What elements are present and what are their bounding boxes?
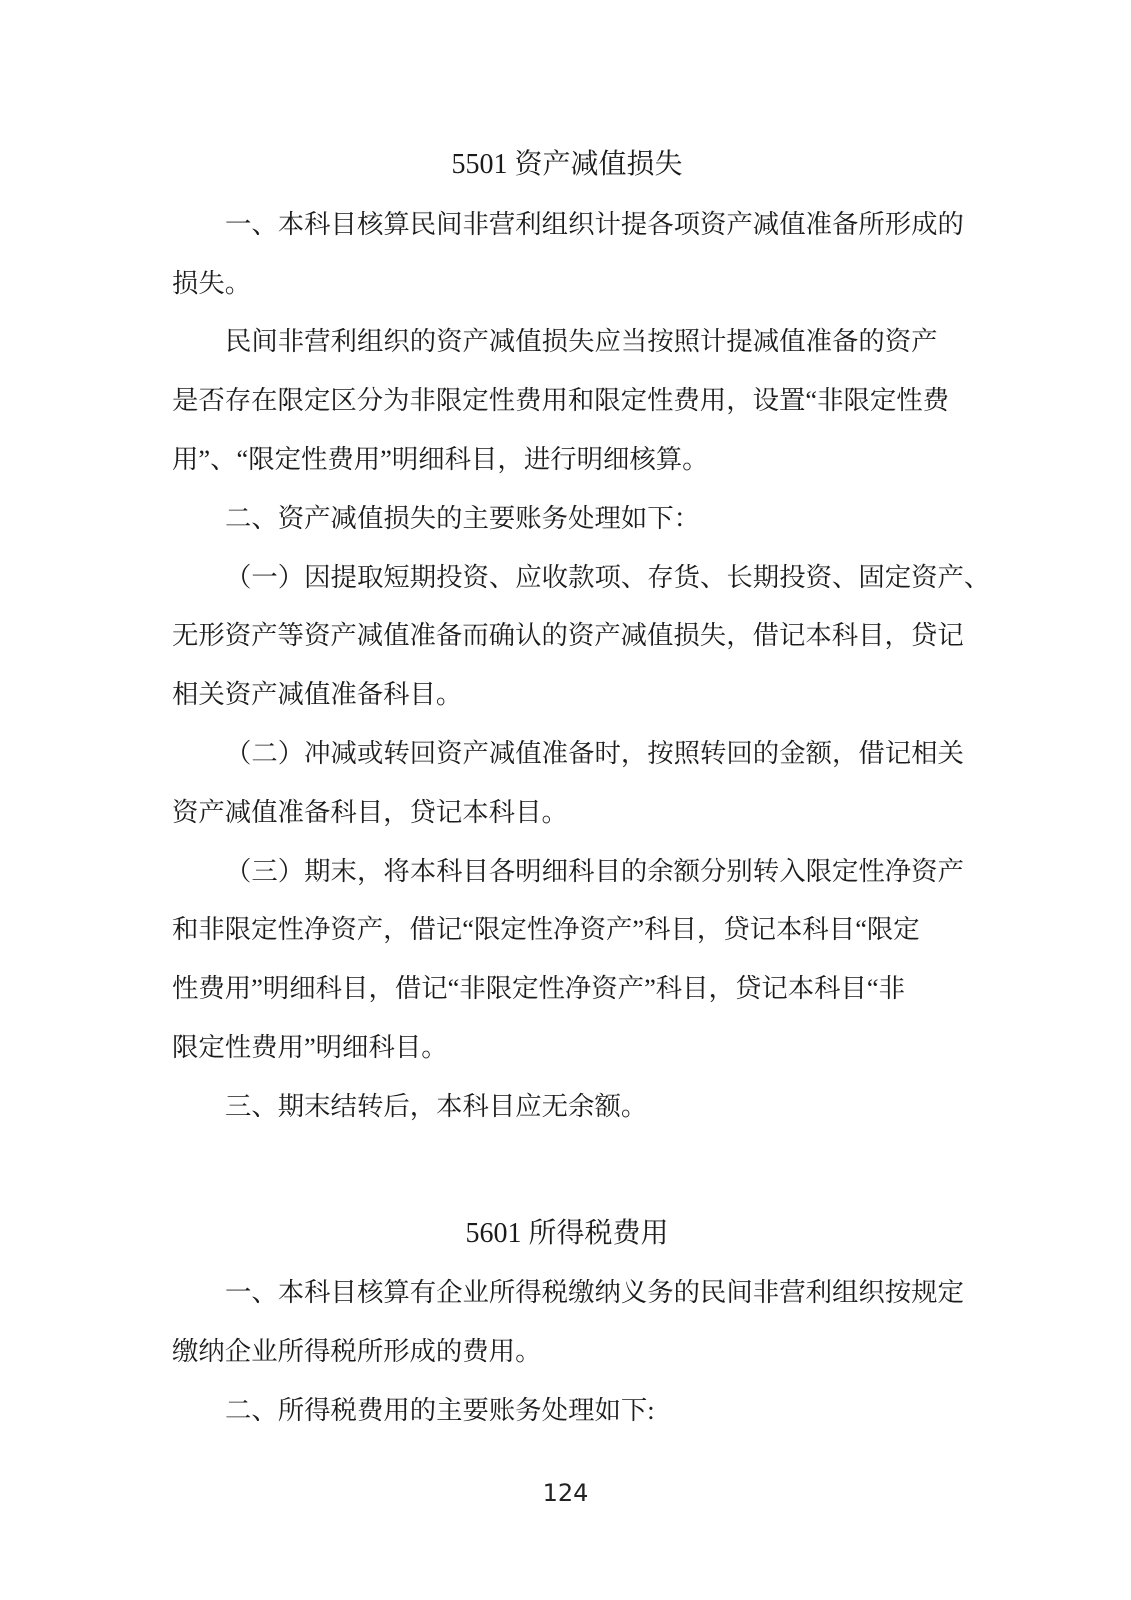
paragraph-line: 二、资产减值损失的主要账务处理如下： [172, 489, 962, 548]
paragraph-line: 三、期末结转后，本科目应无余额。 [172, 1077, 962, 1136]
paragraph-line: 资产减值准备科目，贷记本科目。 [172, 783, 962, 842]
paragraph-line: 是否存在限定区分为非限定性费用和限定性费用，设置“非限定性费 [172, 371, 962, 430]
paragraph-line: 用”、“限定性费用”明细科目，进行明细核算。 [172, 430, 962, 489]
paragraph-line: 损失。 [172, 254, 962, 313]
paragraph-line: 二、所得税费用的主要账务处理如下: [172, 1381, 962, 1440]
paragraph-line: 民间非营利组织的资产减值损失应当按照计提减值准备的资产 [172, 312, 962, 371]
section-gap [172, 1136, 962, 1205]
page-number: 124 [0, 1479, 1131, 1507]
paragraph-line: 缴纳企业所得税所形成的费用。 [172, 1322, 962, 1381]
document-body: 5501 资产减值损失 一、本科目核算民间非营利组织计提各项资产减值准备所形成的… [172, 136, 962, 1440]
paragraph-line: 限定性费用”明细科目。 [172, 1018, 962, 1077]
section-heading-5601: 5601 所得税费用 [172, 1205, 962, 1264]
paragraph-line: 和非限定性净资产，借记“限定性净资产”科目，贷记本科目“限定 [172, 900, 962, 959]
paragraph-line: 无形资产等资产减值准备而确认的资产减值损失，借记本科目，贷记 [172, 606, 962, 665]
paragraph-line: （二）冲减或转回资产减值准备时，按照转回的金额，借记相关 [172, 724, 962, 783]
paragraph-line: （三）期末，将本科目各明细科目的余额分别转入限定性净资产 [172, 842, 962, 901]
paragraph-line: （一）因提取短期投资、应收款项、存货、长期投资、固定资产、 [172, 548, 962, 607]
paragraph-line: 相关资产减值准备科目。 [172, 665, 962, 724]
paragraph-line: 性费用”明细科目，借记“非限定性净资产”科目，贷记本科目“非 [172, 959, 962, 1018]
paragraph-line: 一、本科目核算民间非营利组织计提各项资产减值准备所形成的 [172, 195, 962, 254]
document-page: 5501 资产减值损失 一、本科目核算民间非营利组织计提各项资产减值准备所形成的… [0, 0, 1131, 1600]
section-heading-5501: 5501 资产减值损失 [172, 136, 962, 195]
paragraph-line: 一、本科目核算有企业所得税缴纳义务的民间非营利组织按规定 [172, 1263, 962, 1322]
